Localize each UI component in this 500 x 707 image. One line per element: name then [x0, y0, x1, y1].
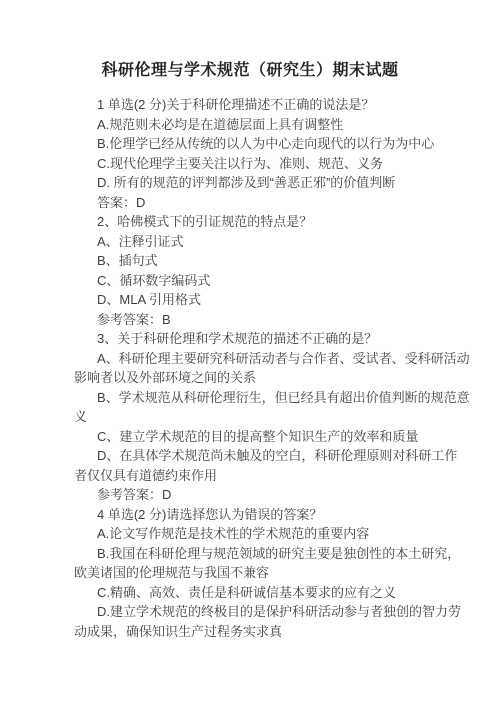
question-option: C.现代伦理学主要关注以行为、准则、规范、义务 [74, 154, 470, 174]
question-stem: 1 单选(2 分)关于科研伦理描述不正确的说法是？ [74, 95, 470, 115]
answer-line: 参考答案：D [74, 485, 470, 505]
question-stem: 4 单选(2 分)请选择您认为错误的答案？ [74, 505, 470, 525]
question-option: D、MLA 引用格式 [74, 290, 470, 310]
answer-line: 答案：D [74, 193, 470, 213]
question-option: D.建立学术规范的终极目的是保护科研活动参与者独创的智力劳动成果，确保知识生产过… [74, 602, 470, 641]
question-option: D. 所有的规范的评判都涉及到“善恶正邪”的价值判断 [74, 173, 470, 193]
exam-document-page: 科研伦理与学术规范（研究生）期末试题 1 单选(2 分)关于科研伦理描述不正确的… [0, 0, 500, 707]
question-option: A、注释引证式 [74, 232, 470, 252]
question-block: 2、哈佛模式下的引证规范的特点是？A、注释引证式B、插句式C、循环数字编码式D、… [74, 212, 470, 329]
question-option: D、在具体学术规范尚未触及的空白，科研伦理原则对科研工作者仅仅具有道德约束作用 [74, 446, 470, 485]
question-block: 3、关于科研伦理和学术规范的描述不正确的是？A、科研伦理主要研究科研活动者与合作… [74, 329, 470, 505]
question-option: C、循环数字编码式 [74, 271, 470, 291]
question-option: B.我国在科研伦理与规范领域的研究主要是独创性的本土研究，欧美诸国的伦理规范与我… [74, 544, 470, 583]
question-option: C.精确、高效、责任是科研诚信基本要求的应有之义 [74, 583, 470, 603]
document-title: 科研伦理与学术规范（研究生）期末试题 [0, 0, 500, 82]
question-option: C、建立学术规范的目的提高整个知识生产的效率和质量 [74, 427, 470, 447]
question-stem: 3、关于科研伦理和学术规范的描述不正确的是？ [74, 329, 470, 349]
question-stem: 2、哈佛模式下的引证规范的特点是？ [74, 212, 470, 232]
question-block: 4 单选(2 分)请选择您认为错误的答案？A.论文写作规范是技术性的学术规范的重… [74, 505, 470, 642]
question-option: B.伦理学已经从传统的以人为中心走向现代的以行为为中心 [74, 134, 470, 154]
document-body: 1 单选(2 分)关于科研伦理描述不正确的说法是？A.规范则未必均是在道德层面上… [74, 95, 470, 641]
question-option: A、科研伦理主要研究科研活动者与合作者、受试者、受科研活动影响者以及外部环境之间… [74, 349, 470, 388]
question-option: B、学术规范从科研伦理衍生，但已经具有超出价值判断的规范意义 [74, 388, 470, 427]
question-block: 1 单选(2 分)关于科研伦理描述不正确的说法是？A.规范则未必均是在道德层面上… [74, 95, 470, 212]
question-option: A.论文写作规范是技术性的学术规范的重要内容 [74, 524, 470, 544]
answer-line: 参考答案：B [74, 310, 470, 330]
question-option: B、插句式 [74, 251, 470, 271]
question-option: A.规范则未必均是在道德层面上具有调整性 [74, 115, 470, 135]
